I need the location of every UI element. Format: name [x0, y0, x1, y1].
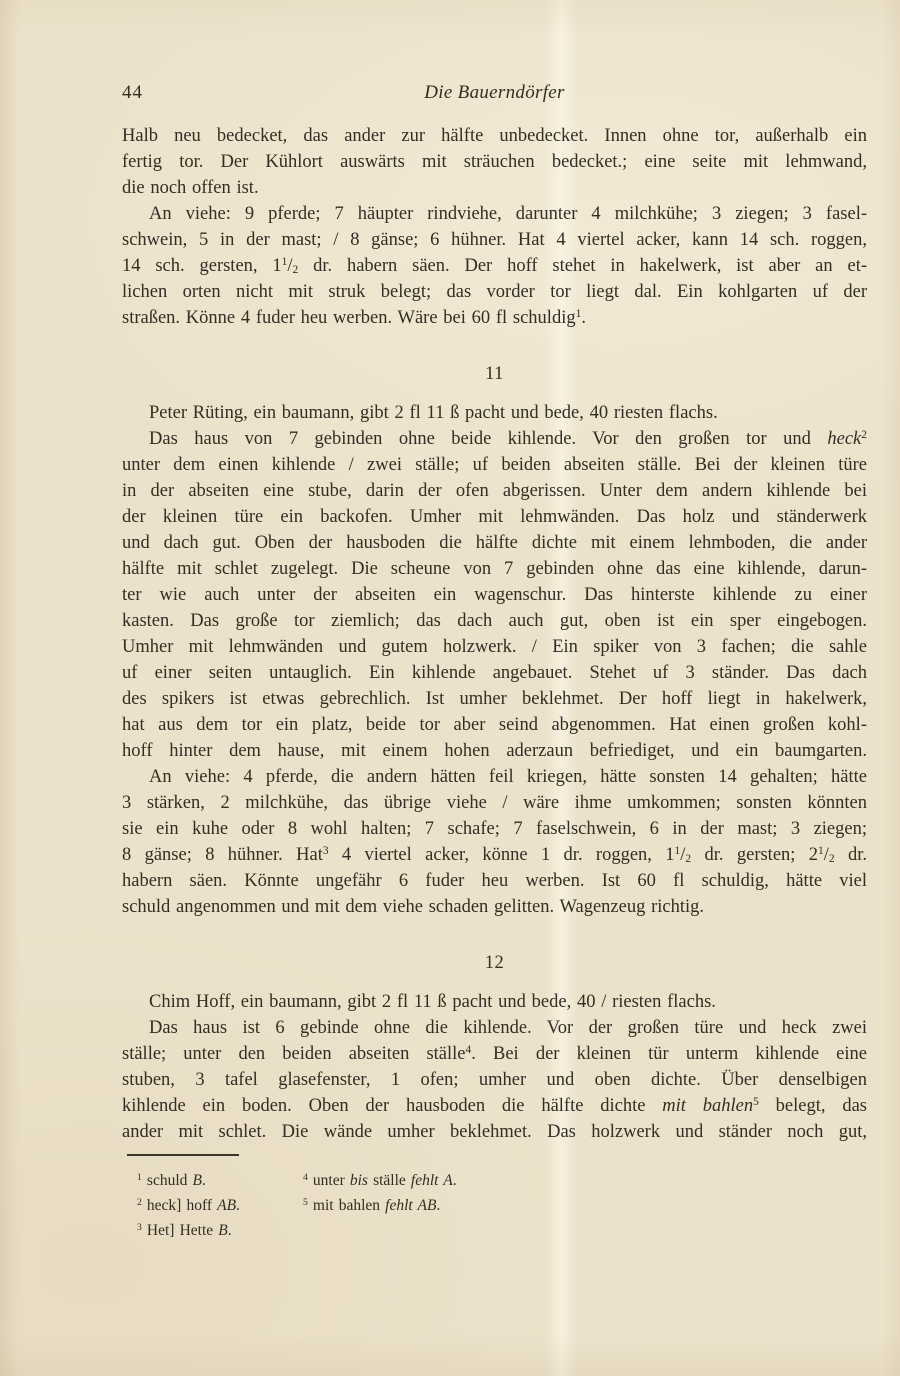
text-run: schuld angenommen und mit dem viehe scha…	[122, 897, 704, 917]
text-run: 14 sch. gersten, 1	[122, 256, 282, 276]
superscript-text: 2	[861, 429, 867, 441]
text-line: 109rChim Hoff, ein baumann, gibt 2 fl 11…	[122, 989, 867, 1015]
text-run: straßen. Könne 4 fuder heu werben. Wäre …	[122, 308, 576, 328]
text-run: ander mit schlet. Die wände umher bekleh…	[122, 1122, 867, 1142]
text-run: der kleinen türe ein backofen. Umher mit…	[122, 507, 867, 527]
text-line: An viehe: 4 pferde, die andern hätten fe…	[122, 764, 867, 790]
text-run: schuld	[142, 1172, 193, 1189]
footnote-item: 2 heck] hoff AB.	[122, 1193, 303, 1218]
text-run: belegt, das	[759, 1096, 867, 1116]
text-run: lichen orten nicht mit struk belegt; das…	[122, 282, 867, 302]
text-run: heck] hoff	[142, 1197, 217, 1214]
text-line: 107rschwein, 5 in der mast; / 8 gänse; 6…	[122, 227, 867, 253]
footnote-item: 1 schuld B.	[122, 1168, 303, 1193]
text-line: in der abseiten eine stube, darin der of…	[122, 478, 867, 504]
text-run: ter wie auch unter der abseiten ein wage…	[122, 585, 867, 605]
text-run: heck	[827, 429, 861, 449]
text-run: habern säen. Könnte ungefähr 6 fuder heu…	[122, 871, 867, 891]
text-run: kasten. Das große tor ziemlich; das dach…	[122, 611, 867, 631]
text-run: fehlt AB	[385, 1197, 436, 1214]
text-line: uf einer seiten untauglich. Ein kihlende…	[122, 660, 867, 686]
scanned-book-page: 44 Die Bauerndörfer Halb neu bedecket, d…	[0, 0, 900, 1376]
text-run: stuben, 3 tafel glasefenster, 1 ofen; um…	[122, 1070, 867, 1090]
text-line: die noch offen ist.	[122, 175, 867, 201]
text-line: sie ein kuhe oder 8 wohl halten; 7 schaf…	[122, 816, 867, 842]
superscript-text: 1	[137, 1172, 142, 1183]
text-run: Chim Hoff, ein baumann, gibt 2 fl 11 ß p…	[149, 992, 716, 1012]
text-run: 3 stärken, 2 milchkühe, das übrige viehe…	[122, 793, 867, 813]
text-line: fertig tor. Der Kühlort auswärts mit str…	[122, 149, 867, 175]
text-run: .	[236, 1197, 240, 1214]
subscript-text: 2	[293, 264, 299, 276]
text-line: 107vunter dem einen kihlende / zwei stäl…	[122, 452, 867, 478]
running-title: Die Bauerndörfer	[122, 80, 867, 106]
text-run: An viehe: 9 pferde; 7 häupter rindviehe,…	[149, 204, 867, 224]
text-run: Das haus von 7 gebinden ohne beide kihle…	[149, 429, 827, 449]
text-run: ställe	[368, 1172, 411, 1189]
text-run: fehlt A	[411, 1172, 453, 1189]
superscript-text: 3	[323, 845, 329, 857]
superscript-text: 4	[303, 1172, 308, 1183]
text-run: hoff hinter dem hause, mit einem hohen a…	[122, 741, 867, 761]
text-line: und dach gut. Oben der hausboden die häl…	[122, 530, 867, 556]
superscript-text: 4	[466, 1044, 472, 1056]
text-run: hat aus dem tor ein platz, beide tor abe…	[122, 715, 867, 735]
text-line: der kleinen türe ein backofen. Umher mit…	[122, 504, 867, 530]
page-number: 44	[122, 80, 143, 106]
text-run: schwein, 5 in der mast; / 8 gänse; 6 hüh…	[122, 230, 867, 250]
text-run: .	[453, 1172, 457, 1189]
text-run: /	[287, 256, 292, 276]
text-run: .	[581, 308, 586, 328]
body-text: Halb neu bedecket, das ander zur hälfte …	[122, 123, 867, 1243]
superscript-text: 5	[303, 1197, 308, 1208]
text-run: des spikers ist etwas gebrechlich. Ist u…	[122, 689, 867, 709]
text-run: An viehe: 4 pferde, die andern hätten fe…	[149, 767, 867, 787]
superscript-text: 5	[753, 1096, 759, 1108]
text-run: .	[436, 1197, 440, 1214]
text-line: hat aus dem tor ein platz, beide tor abe…	[122, 712, 867, 738]
text-line: Halb neu bedecket, das ander zur hälfte …	[122, 123, 867, 149]
superscript-text: 3	[137, 1222, 142, 1233]
footnote-column-left: 1 schuld B.2 heck] hoff AB.3 Het] Hette …	[122, 1168, 303, 1243]
text-run: AB	[217, 1197, 236, 1214]
text-line: hälfte mit schlet zugelegt. Die scheune …	[122, 556, 867, 582]
footnote-item: 5 mit bahlen fehlt AB.	[303, 1193, 867, 1218]
text-line: 108v3 stärken, 2 milchkühe, das übrige v…	[122, 790, 867, 816]
text-line: straßen. Könne 4 fuder heu werben. Wäre …	[122, 305, 867, 331]
text-line: stuben, 3 tafel glasefenster, 1 ofen; um…	[122, 1067, 867, 1093]
text-line: ter wie auch unter der abseiten ein wage…	[122, 582, 867, 608]
text-run: 8 gänse; 8 hühner. Hat	[122, 845, 323, 865]
superscript-text: 1	[818, 845, 824, 857]
text-run: dr. gersten; 2	[691, 845, 818, 865]
text-run: Het] Hette	[142, 1222, 218, 1239]
text-line: hoff hinter dem hause, mit einem hohen a…	[122, 738, 867, 764]
text-line: Das haus von 7 gebinden ohne beide kihle…	[122, 426, 867, 452]
text-run: die noch offen ist.	[122, 178, 259, 198]
text-line: Das haus ist 6 gebinde ohne die kihlende…	[122, 1015, 867, 1041]
text-run: Umher mit lehmwänden und gutem holzwerk.…	[122, 637, 867, 657]
text-run: B	[218, 1222, 227, 1239]
text-line: kasten. Das große tor ziemlich; das dach…	[122, 608, 867, 634]
text-run: unter	[308, 1172, 350, 1189]
text-run: .	[228, 1222, 232, 1239]
footnote-item: 4 unter bis ställe fehlt A.	[303, 1168, 867, 1193]
superscript-text: 1	[576, 308, 582, 320]
text-line: 108rUmher mit lehmwänden und gutem holzw…	[122, 634, 867, 660]
text-line: 8 gänse; 8 hühner. Hat3 4 viertel acker,…	[122, 842, 867, 868]
footnote-rule	[127, 1154, 239, 1156]
text-run: fertig tor. Der Kühlort auswärts mit str…	[122, 152, 867, 172]
text-run: sie ein kuhe oder 8 wohl halten; 7 schaf…	[122, 819, 867, 839]
text-run: in der abseiten eine stube, darin der of…	[122, 481, 867, 501]
text-run: kihlende ein boden. Oben der hausboden d…	[122, 1096, 662, 1116]
superscript-text: 2	[137, 1197, 142, 1208]
superscript-text: 1	[282, 256, 288, 268]
page-header: 44 Die Bauerndörfer	[122, 80, 867, 106]
entry-number-heading: 11	[122, 361, 867, 387]
text-run: uf einer seiten untauglich. Ein kihlende…	[122, 663, 867, 683]
footnote-item: 3 Het] Hette B.	[122, 1218, 303, 1243]
text-run: unter dem einen kihlende / zwei ställe; …	[122, 455, 867, 475]
text-run: dr. habern säen. Der hoff stehet in hake…	[298, 256, 867, 276]
text-run: .	[202, 1172, 206, 1189]
text-run: Peter Rüting, ein baumann, gibt 2 fl 11 …	[149, 403, 718, 423]
text-line: kihlende ein boden. Oben der hausboden d…	[122, 1093, 867, 1119]
text-run: mit bahlen	[662, 1096, 753, 1116]
text-line: schuld angenommen und mit dem viehe scha…	[122, 894, 867, 920]
text-line: ander mit schlet. Die wände umher bekleh…	[122, 1119, 867, 1145]
text-run: und dach gut. Oben der hausboden die häl…	[122, 533, 867, 553]
text-line: des spikers ist etwas gebrechlich. Ist u…	[122, 686, 867, 712]
text-run: dr.	[835, 845, 867, 865]
superscript-text: 1	[675, 845, 681, 857]
subscript-text: 2	[829, 853, 835, 865]
text-run: bis	[350, 1172, 368, 1189]
text-line: ställe; unter den beiden abseiten ställe…	[122, 1041, 867, 1067]
text-run: 4 viertel acker, könne 1 dr. roggen, 1	[329, 845, 675, 865]
text-run: Halb neu bedecket, das ander zur hälfte …	[122, 126, 867, 146]
footnotes: 1 schuld B.2 heck] hoff AB.3 Het] Hette …	[122, 1168, 867, 1243]
text-run: ställe; unter den beiden abseiten ställe	[122, 1044, 466, 1064]
text-line: lichen orten nicht mit struk belegt; das…	[122, 279, 867, 305]
subscript-text: 2	[685, 853, 691, 865]
text-run: hälfte mit schlet zugelegt. Die scheune …	[122, 559, 867, 579]
entry-number-heading: 12	[122, 950, 867, 976]
text-run: . Bei der kleinen tür unterm kihlende ei…	[471, 1044, 867, 1064]
text-run: Das haus ist 6 gebinde ohne die kihlende…	[149, 1018, 867, 1038]
text-line: Peter Rüting, ein baumann, gibt 2 fl 11 …	[122, 400, 867, 426]
text-line: An viehe: 9 pferde; 7 häupter rindviehe,…	[122, 201, 867, 227]
text-run: B	[193, 1172, 202, 1189]
text-run: mit bahlen	[308, 1197, 385, 1214]
text-line: 14 sch. gersten, 11/2 dr. habern säen. D…	[122, 253, 867, 279]
text-line: habern säen. Könnte ungefähr 6 fuder heu…	[122, 868, 867, 894]
footnote-column-right: 4 unter bis ställe fehlt A.5 mit bahlen …	[303, 1168, 867, 1243]
